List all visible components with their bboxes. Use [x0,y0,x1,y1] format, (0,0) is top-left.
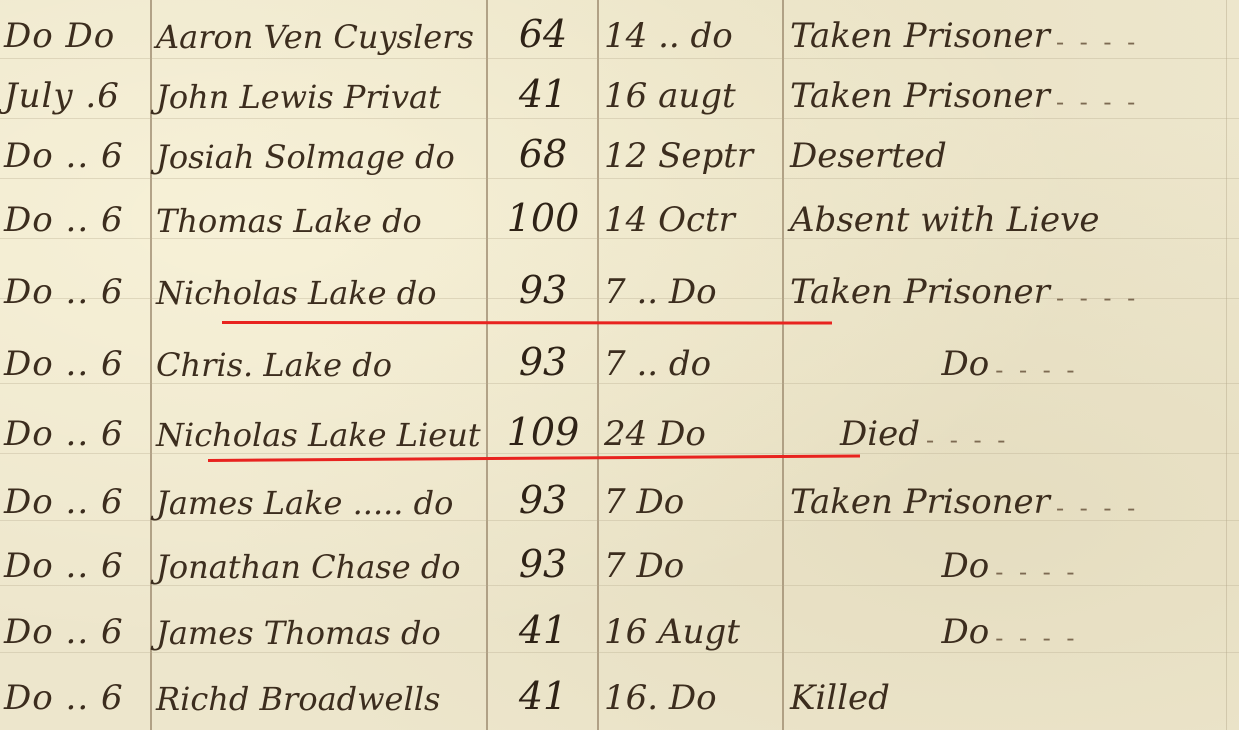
remarks: Do- - - - [790,536,1230,596]
dash-leader: - - - - [995,558,1078,586]
soldier-name: John Lewis Privat [156,66,484,126]
remarks: Killed [790,668,1230,728]
enlist-date: Do .. 6 [4,536,150,596]
soldier-number: 93 [490,472,596,532]
soldier-name: Jonathan Chase do [156,536,484,596]
soldier-number: 64 [490,6,596,66]
ledger-row: Do .. 6 James Lake ..... do 93 7 Do Take… [0,472,1239,532]
dash-leader: - - - - [926,426,1009,454]
soldier-name: Aaron Ven Cuyslers [156,6,484,66]
ledger-row: Do .. 6 James Thomas do 41 16 Augt Do- -… [0,602,1239,662]
soldier-name: James Thomas do [156,602,484,662]
enlist-date: Do .. 6 [4,262,150,322]
enlist-date: Do .. 6 [4,404,150,464]
soldier-number: 93 [490,334,596,394]
event-date: 7 .. do [604,334,780,394]
event-date: 7 Do [604,536,780,596]
dash-leader: - - - - [1056,494,1139,522]
enlist-date: July .6 [4,66,150,126]
ledger-row: Do .. 6 Josiah Solmage do 68 12 Septr De… [0,126,1239,186]
soldier-name: Nicholas Lake do [156,262,484,322]
soldier-number: 41 [490,602,596,662]
soldier-name: Richd Broadwells [156,668,484,728]
dash-leader: - - - - [1056,88,1139,116]
enlist-date: Do Do [4,6,150,66]
event-date: 16 augt [604,66,780,126]
ledger-row: Do .. 6 Chris. Lake do 93 7 .. do Do- - … [0,334,1239,394]
event-date: 14 .. do [604,6,780,66]
soldier-number: 93 [490,262,596,322]
event-date: 7 .. Do [604,262,780,322]
event-date: 16 Augt [604,602,780,662]
enlist-date: Do .. 6 [4,472,150,532]
red-underline-annotation [222,321,832,325]
soldier-number: 109 [490,404,596,464]
remarks: Taken Prisoner- - - - [790,262,1230,322]
enlist-date: Do .. 6 [4,334,150,394]
ledger-row: Do .. 6 Nicholas Lake Lieut 109 24 Do Di… [0,404,1239,464]
remarks: Taken Prisoner- - - - [790,6,1230,66]
dash-leader: - - - - [995,356,1078,384]
soldier-number: 41 [490,66,596,126]
soldier-name: Chris. Lake do [156,334,484,394]
soldier-name: Thomas Lake do [156,190,484,250]
enlist-date: Do .. 6 [4,190,150,250]
enlist-date: Do .. 6 [4,668,150,728]
ledger-row: Do .. 6 Jonathan Chase do 93 7 Do Do- - … [0,536,1239,596]
dash-leader: - - - - [1056,28,1139,56]
ledger-row: Do Do Aaron Ven Cuyslers 64 14 .. do Tak… [0,6,1239,66]
ledger-row: Do .. 6 Richd Broadwells 41 16. Do Kille… [0,668,1239,728]
remarks: Taken Prisoner- - - - [790,472,1230,532]
soldier-name: James Lake ..... do [156,472,484,532]
enlist-date: Do .. 6 [4,126,150,186]
soldier-number: 41 [490,668,596,728]
remarks: Absent with Lieve [790,190,1230,250]
ledger-row: Do .. 6 Nicholas Lake do 93 7 .. Do Take… [0,262,1239,322]
soldier-number: 93 [490,536,596,596]
soldier-name: Josiah Solmage do [156,126,484,186]
ledger-row: July .6 John Lewis Privat 41 16 augt Tak… [0,66,1239,126]
ledger-page: Do Do Aaron Ven Cuyslers 64 14 .. do Tak… [0,0,1239,730]
dash-leader: - - - - [995,624,1078,652]
dash-leader: - - - - [1056,284,1139,312]
soldier-name: Nicholas Lake Lieut [156,404,484,464]
event-date: 12 Septr [604,126,780,186]
enlist-date: Do .. 6 [4,602,150,662]
remarks: Deserted [790,126,1230,186]
event-date: 14 Octr [604,190,780,250]
remarks: Taken Prisoner- - - - [790,66,1230,126]
remarks: Do- - - - [790,602,1230,662]
event-date: 7 Do [604,472,780,532]
event-date: 16. Do [604,668,780,728]
ledger-row: Do .. 6 Thomas Lake do 100 14 Octr Absen… [0,190,1239,250]
soldier-number: 100 [490,190,596,250]
soldier-number: 68 [490,126,596,186]
remarks: Do- - - - [790,334,1230,394]
